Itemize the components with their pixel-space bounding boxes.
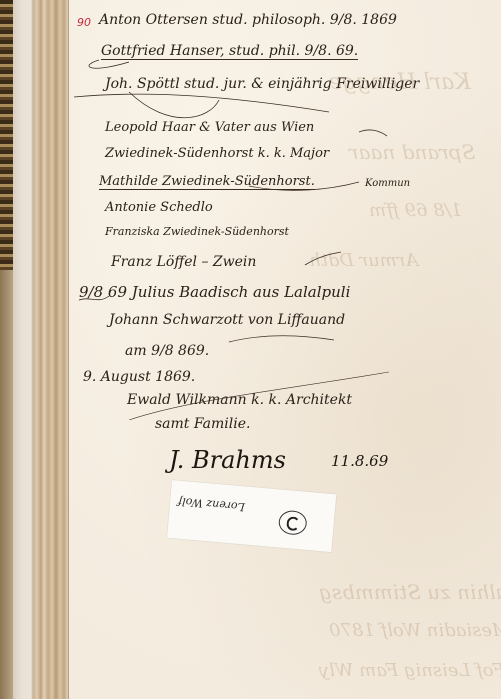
signature-brahms: J. Brahms [169, 446, 286, 474]
slip-text: Lorenz Wolf [178, 495, 246, 514]
bleed-through-text: Mesiadin Wolf 1870 [329, 620, 501, 641]
entry-line: Franziska Zwiedinek-Südenhorst [105, 225, 289, 238]
entry-line: Leopold Haar & Vater aus Wien [105, 120, 314, 135]
entry-line: Joh. Spöttl stud. jur. & einjährig Freiw… [105, 76, 419, 92]
book-binding-lower [0, 270, 13, 699]
entry-line: Johann Schwarzott von Liffauand [109, 312, 345, 328]
entry-line: Franz Löffel – Zwein [111, 254, 256, 270]
entry-line: Mathilde Zwiedinek-Südenhorst. [99, 174, 315, 190]
bleed-through-text: 1/8 69 ffm [369, 200, 462, 221]
entry-line: Antonie Schedlo [105, 200, 213, 215]
bleed-through-text: agalhin zu Stimmbsg [319, 580, 501, 604]
entry-line: Gottfried Hanser, stud. phil. 9/8. 69. [101, 43, 358, 60]
entry-line: Ewald Wilkmann k. k. Architekt [127, 392, 352, 408]
guestbook-page: Karl Hengge Sprand naar 1/8 69 ffm Armur… [68, 0, 501, 699]
page-number: 90 [77, 16, 91, 29]
entry-line: Zwiedinek-Südenhorst k. k. Major [105, 146, 329, 161]
bleed-through-text: Sprand naar [349, 140, 475, 164]
bleed-through-text: Fof Leisnig Fam Wly [319, 660, 501, 681]
bleed-through-text: Armur Ddth [309, 250, 418, 271]
margin-note: Kommun [365, 178, 410, 189]
entry-line: Anton Ottersen stud. philosoph. 9/8. 186… [99, 12, 397, 28]
entry-line: 9. August 1869. [83, 369, 195, 385]
document-scan: Karl Hengge Sprand naar 1/8 69 ffm Armur… [0, 0, 501, 699]
circled-c-symbol [278, 510, 308, 536]
entry-line: am 9/8 869. [125, 343, 209, 359]
entry-line: 9/8 69 Julius Baadisch aus Lalalpuli [79, 283, 350, 301]
signature-date: 11.8.69 [331, 452, 388, 470]
page-edges [13, 0, 68, 699]
entry-line: samt Familie. [155, 416, 250, 432]
